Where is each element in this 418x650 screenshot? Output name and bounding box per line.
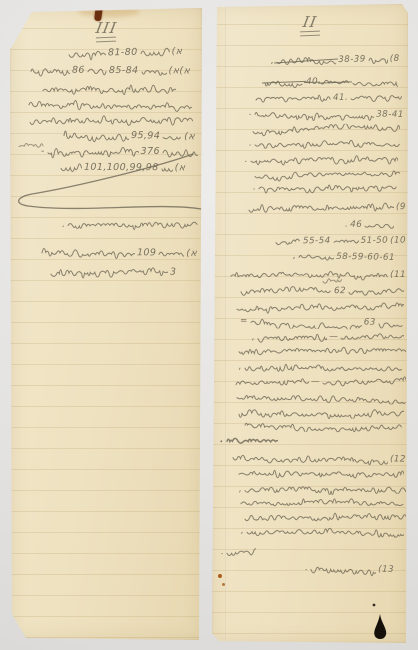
- handwriting-scrawl: [348, 285, 404, 298]
- manuscript-page-right: II (838-39,4041.38-41....(946.(1051-5055…: [212, 4, 408, 643]
- legible-token: 3: [170, 267, 177, 277]
- legible-token: 38-39: [339, 56, 367, 65]
- legible-token: ,: [239, 486, 242, 495]
- rust-spot: [218, 574, 222, 578]
- handwriting-line: (13.: [305, 560, 394, 579]
- handwriting-line: (9: [248, 199, 406, 218]
- legible-token: 46: [350, 221, 362, 230]
- legible-token: (10: [390, 237, 406, 246]
- legible-token: (12: [390, 455, 406, 464]
- legible-token: .: [221, 548, 224, 557]
- handwriting-scrawl: [352, 76, 398, 89]
- handwriting-line: (11: [230, 267, 406, 284]
- legible-token: (11: [390, 271, 406, 280]
- handwriting-scrawl: [364, 219, 394, 232]
- handwriting-scrawl: [322, 374, 406, 389]
- legible-token: =: [240, 317, 248, 326]
- legible-token: .: [245, 156, 248, 165]
- handwriting-scrawl: [226, 546, 256, 559]
- legible-token: 40: [306, 78, 318, 87]
- paper-stain-streak: [78, 6, 140, 17]
- handwriting-scrawl: [255, 92, 331, 106]
- page-number-underline: [96, 37, 116, 43]
- page-number-label: III: [94, 19, 118, 37]
- handwriting-line: .: [221, 544, 256, 561]
- legible-token: (13: [378, 566, 394, 575]
- legible-token: 58-59-60-61: [336, 253, 395, 263]
- legible-token: .: [249, 109, 252, 118]
- handwriting-scrawl: [254, 107, 374, 121]
- handwriting-scrawl: [298, 250, 334, 264]
- handwriting-line: 3: [49, 264, 176, 282]
- legible-token: —: [311, 378, 320, 387]
- handwriting-scrawl: [230, 269, 388, 282]
- handwriting-scrawl: [87, 62, 107, 78]
- handwriting-line: .: [61, 214, 199, 233]
- handwriting-scrawl: [30, 62, 70, 78]
- legible-token: .: [253, 184, 256, 193]
- handwriting-scrawl: [368, 53, 388, 66]
- handwriting-scrawl: [49, 264, 167, 281]
- ink-blot: [370, 602, 390, 642]
- handwriting-scrawl: [226, 434, 278, 447]
- handwriting-line: (א101,100,99,98: [60, 159, 186, 177]
- manuscript-scan: III (א81-80(א(א85-8486(א95,94376-(א101,1…: [0, 0, 418, 650]
- handwriting-scrawl: [333, 235, 359, 248]
- legible-token: 55-54: [303, 237, 331, 246]
- rust-spot: [222, 583, 225, 586]
- handwriting-line: 46.: [345, 217, 394, 235]
- handwriting-scrawl: [246, 525, 404, 540]
- legible-token: (א(א: [168, 66, 190, 76]
- legible-token: ,: [239, 363, 242, 372]
- handwriting-line: [18, 141, 44, 151]
- legible-token: 41.: [333, 94, 348, 103]
- legible-token: 62: [334, 287, 346, 296]
- page-number-heading: II: [212, 12, 408, 36]
- handwriting-scrawl: [67, 45, 105, 62]
- handwriting-scrawl: [140, 63, 166, 79]
- handwriting-scrawl: [60, 159, 82, 175]
- strikethrough-segment: [320, 76, 350, 89]
- handwriting-scrawl: [63, 126, 129, 143]
- legible-token: 81-80: [107, 48, 137, 58]
- manuscript-page-left: III (א81-80(א(א85-8486(א95,94376-(א101,1…: [10, 8, 202, 640]
- page-number-heading: III: [10, 18, 202, 42]
- handwriting-scrawl: [264, 76, 304, 89]
- handwriting-line: .: [220, 432, 278, 449]
- strikethrough-segment: [276, 54, 336, 68]
- handwriting-line: 58-59-60-61,: [293, 248, 395, 267]
- handwriting-scrawl: [276, 54, 336, 68]
- legible-token: (9: [396, 203, 406, 212]
- handwriting-scrawl: [340, 331, 404, 344]
- handwriting-scrawl: [350, 91, 402, 105]
- legible-token: ,: [271, 57, 274, 66]
- legible-token: ,: [241, 527, 244, 536]
- legible-token: (א: [186, 249, 197, 259]
- handwriting-scrawl: [232, 450, 388, 466]
- handwriting-scrawl: [47, 144, 139, 160]
- legible-token: .: [249, 140, 252, 149]
- handwriting-line: (א(א85-8486: [30, 62, 190, 80]
- legible-token: 51-50: [361, 237, 389, 246]
- legible-token: (8: [390, 55, 400, 64]
- strikethrough-segment: [264, 76, 304, 89]
- handwriting-line: .: [253, 180, 398, 198]
- legible-token: (א: [175, 163, 186, 173]
- legible-token: .: [305, 564, 308, 573]
- legible-token: 376: [141, 147, 160, 157]
- handwriting-scrawl: [244, 418, 402, 433]
- legible-token: ,: [293, 252, 296, 261]
- handwriting-line: 376-: [41, 143, 198, 160]
- handwriting-scrawl: [275, 235, 301, 248]
- page-number-label: II: [301, 13, 318, 31]
- handwriting-scrawl: [161, 160, 173, 176]
- handwriting-scrawl: [67, 215, 199, 233]
- handwriting-scrawl: [162, 144, 198, 160]
- legible-token: 95,94: [131, 131, 160, 141]
- handwriting-scrawl: [18, 141, 44, 151]
- handwriting-scrawl: [158, 245, 184, 261]
- handwriting-scrawl: [258, 182, 398, 196]
- handwriting-line: (838-39,: [271, 51, 400, 70]
- handwriting-scrawl: [41, 244, 135, 261]
- handwriting-scrawl: [248, 201, 394, 216]
- handwriting-scrawl: [139, 44, 169, 61]
- legible-token: (א: [171, 47, 182, 57]
- page-number-underline: [300, 31, 320, 37]
- legible-token: ,: [252, 334, 255, 343]
- legible-token: 85-84: [109, 66, 139, 76]
- legible-token: 109: [137, 248, 156, 258]
- handwriting-scrawl: [250, 315, 362, 329]
- handwriting-line: (א81-80: [67, 43, 182, 62]
- handwriting-scrawl: [320, 76, 350, 89]
- handwriting-scrawl: [240, 284, 332, 298]
- handwriting-line: ,: [241, 523, 404, 542]
- legible-token: —: [329, 333, 338, 342]
- legible-token: .: [62, 220, 66, 230]
- legible-token: .: [220, 436, 224, 445]
- legible-token: 38-41: [376, 111, 404, 120]
- legible-token: 63: [364, 319, 376, 328]
- strikethrough-segment: 40: [306, 78, 318, 87]
- legible-token: 86: [72, 66, 85, 76]
- handwriting-line: (א109: [41, 243, 197, 262]
- handwriting-scrawl: [310, 562, 376, 576]
- legible-token: .: [345, 221, 348, 230]
- legible-token: (א: [184, 132, 195, 142]
- legible-token: 101,100,99,98: [84, 163, 159, 173]
